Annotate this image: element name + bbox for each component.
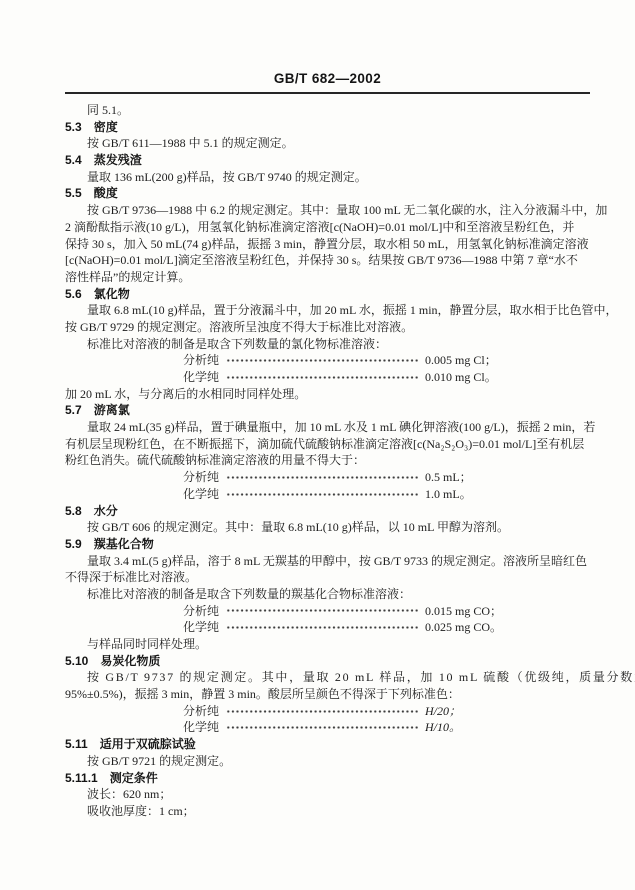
text-line: 不得深于标准比对溶液。 bbox=[65, 569, 590, 586]
text-line: 按 GB/T 611—1988 中 5.1 的规定测定。 bbox=[65, 135, 590, 152]
section-heading: 5.10易炭化物质 bbox=[65, 653, 590, 670]
text-line: [c(NaOH)=0.01 mol/L]滴定至溶液呈粉红色，并保持 30 s。结… bbox=[65, 252, 590, 269]
section-title: 水分 bbox=[94, 504, 118, 518]
grade-label: 化学纯 bbox=[183, 619, 219, 636]
section-heading: 5.7游离氯 bbox=[65, 402, 590, 419]
section-heading: 5.11适用于双硫腙试验 bbox=[65, 736, 590, 753]
text-line: 同 5.1。 bbox=[65, 102, 590, 119]
dotted-leader bbox=[226, 608, 418, 613]
section-number: 5.11 bbox=[65, 736, 88, 753]
grade-label: 化学纯 bbox=[183, 486, 219, 503]
section-title: 适用于双硫腙试验 bbox=[100, 737, 196, 751]
section-number: 5.10 bbox=[65, 653, 88, 670]
text-line: 按 GB/T 606 的规定测定。其中：量取 6.8 mL(10 g)样品，以 … bbox=[65, 519, 590, 536]
text-line: 2 滴酚酞指示液(10 g/L)，用氢氧化钠标准滴定溶液[c(NaOH)=0.0… bbox=[65, 219, 590, 236]
text-line: 按 GB/T 9736—1988 中 6.2 的规定测定。其中：量取 100 m… bbox=[65, 202, 590, 219]
section-heading: 5.9羰基化合物 bbox=[65, 536, 590, 553]
section-heading: 5.6氯化物 bbox=[65, 286, 590, 303]
limit-value: 0.5 mL； bbox=[425, 469, 472, 486]
standard-code: GB/T 682—2002 bbox=[274, 71, 381, 86]
dotted-leader-row: 分析纯0.015 mg CO； bbox=[65, 603, 590, 620]
section-number: 5.8 bbox=[65, 503, 82, 520]
grade-label: 化学纯 bbox=[183, 719, 219, 736]
text-line: 保持 30 s，加入 50 mL(74 g)样品，振摇 3 min，静置分层，取… bbox=[65, 236, 590, 253]
limit-value: 0.010 mg Cl。 bbox=[425, 369, 497, 386]
text-line: 按 GB/T 9737 的规定测定。其中，量取 20 mL 样品，加 10 mL… bbox=[65, 669, 590, 686]
text-line: 量取 24 mL(35 g)样品，置于碘量瓶中，加 10 mL 水及 1 mL … bbox=[65, 419, 590, 436]
dotted-leader bbox=[226, 625, 418, 630]
dotted-leader-row: 化学纯H/10。 bbox=[65, 719, 590, 736]
grade-label: 化学纯 bbox=[183, 369, 219, 386]
dotted-leader-row: 分析纯0.5 mL； bbox=[65, 469, 590, 486]
limit-value: 0.025 mg CO。 bbox=[425, 619, 502, 636]
section-title: 易炭化物质 bbox=[100, 654, 160, 668]
section-title: 蒸发残渣 bbox=[94, 153, 142, 167]
limit-value: 0.015 mg CO； bbox=[425, 603, 502, 620]
dotted-leader bbox=[226, 492, 418, 497]
text-line: 按 GB/T 9721 的规定测定。 bbox=[65, 753, 590, 770]
dotted-leader bbox=[226, 375, 418, 380]
section-title: 游离氯 bbox=[94, 403, 130, 417]
dotted-leader-row: 化学纯0.025 mg CO。 bbox=[65, 619, 590, 636]
text-line: 波长：620 nm； bbox=[65, 786, 590, 803]
section-heading: 5.4蒸发残渣 bbox=[65, 152, 590, 169]
limit-value: H/10。 bbox=[425, 719, 461, 736]
grade-label: 分析纯 bbox=[183, 603, 219, 620]
text-line: 量取 136 mL(200 g)样品，按 GB/T 9740 的规定测定。 bbox=[65, 169, 590, 186]
dotted-leader-row: 化学纯0.010 mg Cl。 bbox=[65, 369, 590, 386]
section-number: 5.4 bbox=[65, 152, 82, 169]
section-heading: 5.8水分 bbox=[65, 503, 590, 520]
section-number: 5.7 bbox=[65, 402, 82, 419]
section-heading: 5.11.1测定条件 bbox=[65, 770, 590, 787]
section-title: 测定条件 bbox=[110, 771, 158, 785]
section-number: 5.9 bbox=[65, 536, 82, 553]
section-title: 羰基化合物 bbox=[94, 537, 154, 551]
section-title: 酸度 bbox=[94, 186, 118, 200]
section-number: 5.5 bbox=[65, 185, 82, 202]
section-title: 密度 bbox=[94, 120, 118, 134]
dotted-leader bbox=[226, 709, 418, 714]
text-line: 有机层呈现粉红色，在不断振摇下，滴加硫代硫酸钠标准滴定溶液[c(Na₂S₂O₃)… bbox=[65, 436, 590, 453]
section-heading: 5.3密度 bbox=[65, 119, 590, 136]
dotted-leader bbox=[226, 358, 418, 363]
dotted-leader-row: 化学纯1.0 mL。 bbox=[65, 486, 590, 503]
grade-label: 分析纯 bbox=[183, 703, 219, 720]
section-heading: 5.5酸度 bbox=[65, 185, 590, 202]
page-header: GB/T 682—2002 bbox=[65, 0, 590, 88]
text-line: 粉红色消失。硫代硫酸钠标准滴定溶液的用量不得大于： bbox=[65, 452, 590, 469]
document-body: 同 5.1。5.3密度按 GB/T 611—1988 中 5.1 的规定测定。5… bbox=[65, 102, 590, 820]
header-rule bbox=[65, 92, 590, 94]
text-line: 标准比对溶液的制备是取含下列数量的氯化物标准溶液： bbox=[65, 336, 590, 353]
limit-value: H/20； bbox=[425, 703, 461, 720]
text-line: 吸收池厚度：1 cm； bbox=[65, 803, 590, 820]
text-line: 溶性样品”的规定计算。 bbox=[65, 269, 590, 286]
section-number: 5.6 bbox=[65, 286, 82, 303]
dotted-leader-row: 分析纯0.005 mg Cl； bbox=[65, 352, 590, 369]
text-line: 加 20 mL 水，与分离后的水相同时同样处理。 bbox=[65, 386, 590, 403]
grade-label: 分析纯 bbox=[183, 469, 219, 486]
dotted-leader-row: 分析纯H/20； bbox=[65, 703, 590, 720]
limit-value: 0.005 mg Cl； bbox=[425, 352, 497, 369]
text-line: 量取 3.4 mL(5 g)样品，溶于 8 mL 无羰基的甲醇中，按 GB/T … bbox=[65, 553, 590, 570]
text-line: 标准比对溶液的制备是取含下列数量的羰基化合物标准溶液： bbox=[65, 586, 590, 603]
limit-value: 1.0 mL。 bbox=[425, 486, 472, 503]
text-line: 与样品同时同样处理。 bbox=[65, 636, 590, 653]
section-number: 5.11.1 bbox=[65, 770, 98, 787]
grade-label: 分析纯 bbox=[183, 352, 219, 369]
text-line: 量取 6.8 mL(10 g)样品，置于分液漏斗中，加 20 mL 水，振摇 1… bbox=[65, 302, 590, 319]
section-title: 氯化物 bbox=[94, 287, 130, 301]
text-line: 按 GB/T 9729 的规定测定。溶液所呈浊度不得大于标准比对溶液。 bbox=[65, 319, 590, 336]
dotted-leader bbox=[226, 725, 418, 730]
section-number: 5.3 bbox=[65, 119, 82, 136]
text-line: 95%±0.5%)，振摇 3 min，静置 3 min。酸层所呈颜色不得深于下列… bbox=[65, 686, 590, 703]
dotted-leader bbox=[226, 475, 418, 480]
document-page: GB/T 682—2002 同 5.1。5.3密度按 GB/T 611—1988… bbox=[0, 0, 635, 890]
